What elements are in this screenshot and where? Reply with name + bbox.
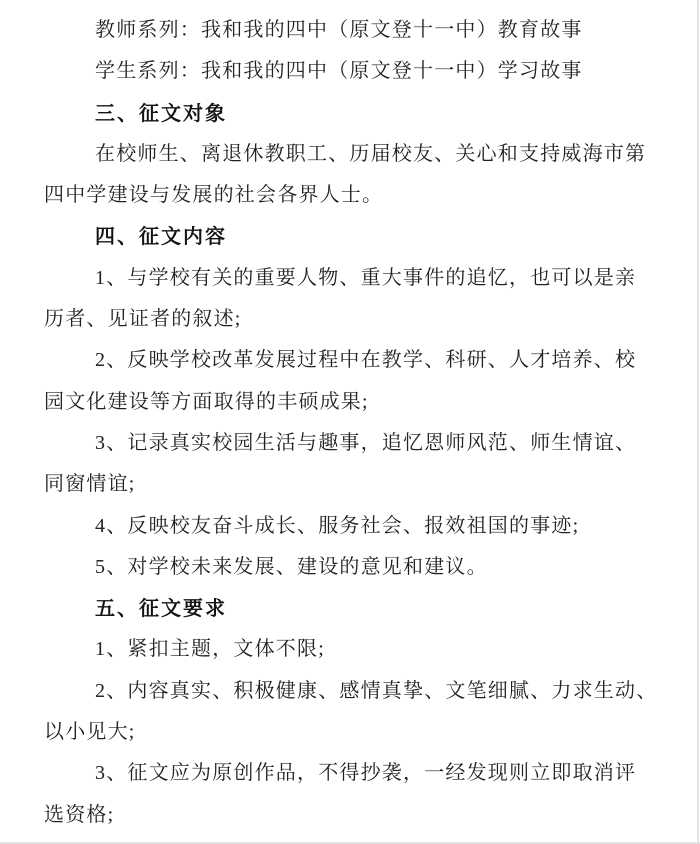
document-text-line: 3、记录真实校园生活与趣事，追忆恩师风范、师生情谊、	[44, 423, 670, 464]
document-text-line: 1、紧扣主题，文体不限;	[44, 629, 670, 670]
section-heading: 四、征文内容	[44, 216, 670, 257]
document-page: 教师系列：我和我的四中（原文登十一中）教育故事学生系列：我和我的四中（原文登十一…	[0, 0, 700, 844]
document-body: 教师系列：我和我的四中（原文登十一中）教育故事学生系列：我和我的四中（原文登十一…	[44, 10, 670, 836]
document-text-line: 选资格;	[44, 795, 670, 836]
document-text-line: 5、对学校未来发展、建设的意见和建议。	[44, 547, 670, 588]
document-text-line: 在校师生、离退休教职工、历届校友、关心和支持威海市第	[44, 134, 670, 175]
document-text-line: 2、内容真实、积极健康、感情真挚、文笔细腻、力求生动、	[44, 671, 670, 712]
document-text-line: 1、与学校有关的重要人物、重大事件的追忆，也可以是亲	[44, 258, 670, 299]
document-text-line: 教师系列：我和我的四中（原文登十一中）教育故事	[44, 10, 670, 51]
document-text-line: 以小见大;	[44, 712, 670, 753]
document-text-line: 同窗情谊;	[44, 464, 670, 505]
document-text-line: 园文化建设等方面取得的丰硕成果;	[44, 382, 670, 423]
document-text-line: 3、征文应为原创作品，不得抄袭，一经发现则立即取消评	[44, 753, 670, 794]
document-text-line: 四中学建设与发展的社会各界人士。	[44, 175, 670, 216]
section-heading: 三、征文对象	[44, 93, 670, 134]
document-text-line: 4、反映校友奋斗成长、服务社会、报效祖国的事迹;	[44, 506, 670, 547]
page-right-edge-line	[697, 0, 699, 844]
document-text-line: 历者、见证者的叙述;	[44, 299, 670, 340]
document-text-line: 学生系列：我和我的四中（原文登十一中）学习故事	[44, 51, 670, 92]
document-text-line: 2、反映学校改革发展过程中在教学、科研、人才培养、校	[44, 340, 670, 381]
section-heading: 五、征文要求	[44, 588, 670, 629]
